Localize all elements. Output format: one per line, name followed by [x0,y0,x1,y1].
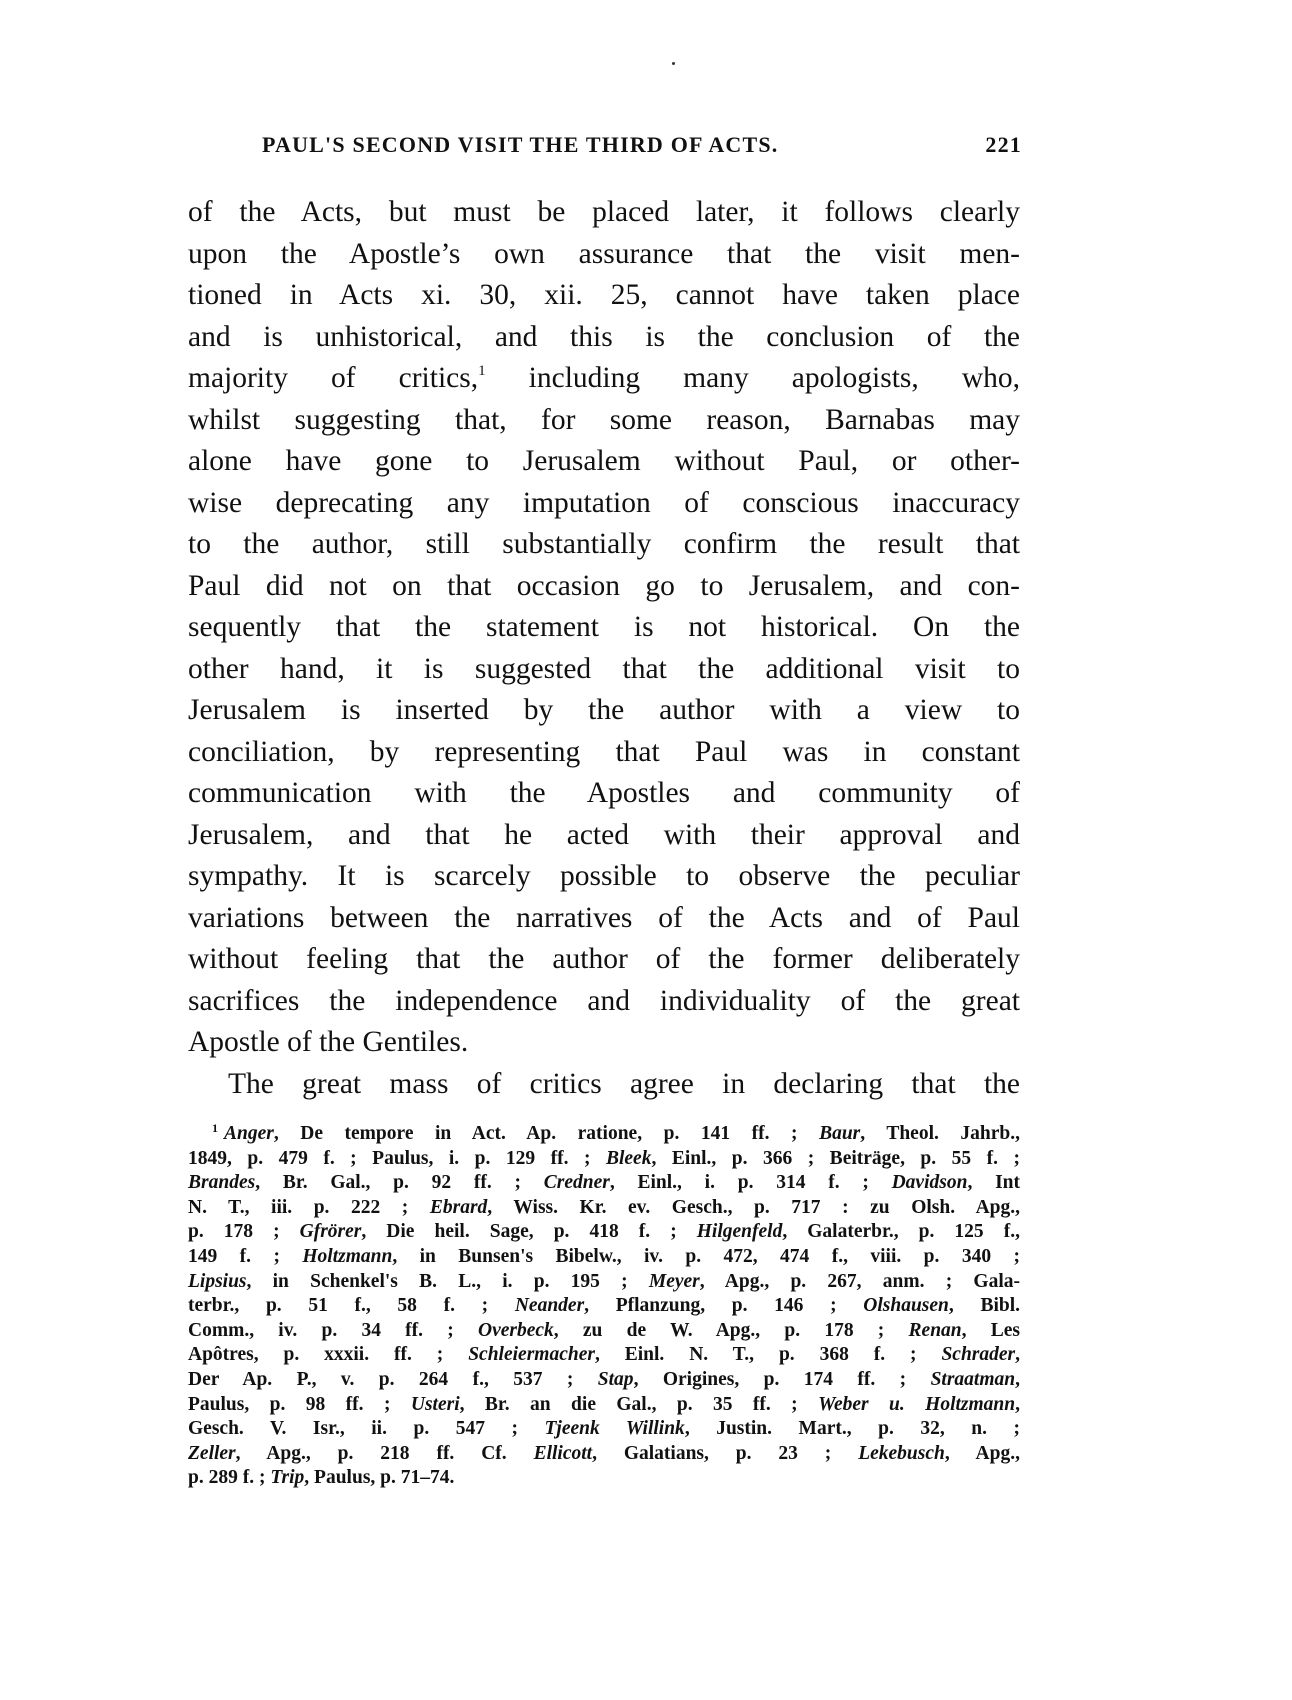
footnote-line: Paulus, p. 98 ff. ; Usteri, Br. an die G… [188,1393,1020,1418]
body-line: upon the Apostle’s own assurance that th… [188,234,1020,276]
body-text: of the Acts, but must be placed later, i… [188,192,1020,1105]
citation-text: , Die heil. Sage, p. 418 f. ; [361,1221,696,1242]
cited-author: Hilgenfeld [697,1221,783,1242]
citation-text: p. 289 f. ; [188,1467,270,1488]
body-line: Paul did not on that occasion go to Jeru… [188,566,1020,608]
cited-author: Anger [224,1123,274,1144]
footnote-line: p. 178 ; Gfrörer, Die heil. Sage, p. 418… [188,1220,1020,1245]
cited-author: Meyer [649,1271,700,1292]
body-line: sacrifices the independence and individu… [188,981,1020,1023]
citation-text: , Einl., i. p. 314 f. ; [610,1172,892,1193]
body-line: variations between the narratives of the… [188,898,1020,940]
body-line: majority of critics,1 including many apo… [188,358,1020,400]
citation-text: , Int [967,1172,1020,1193]
cited-author: Lekebusch [858,1443,945,1464]
citation-text: , Br. Gal., p. 92 ff. ; [255,1172,544,1193]
body-line: whilst suggesting that, for some reason,… [188,400,1020,442]
citation-text: Gesch. V. Isr., ii. p. 547 ; [188,1418,545,1439]
footnote-line: Brandes, Br. Gal., p. 92 ff. ; Credner, … [188,1171,1020,1196]
footnote-line: Der Ap. P., v. p. 264 f., 537 ; Stap, Or… [188,1368,1020,1393]
footnote-line: Lipsius, in Schenkel's B. L., i. p. 195 … [188,1270,1020,1295]
cited-author: Baur [819,1123,860,1144]
citation-text: N. T., iii. p. 222 ; [188,1197,430,1218]
citation-text: , Galatians, p. 23 ; [592,1443,858,1464]
citation-text: , [1015,1394,1020,1415]
footnote-line: p. 289 f. ; Trip, Paulus, p. 71–74. [188,1466,1020,1491]
body-line: alone have gone to Jerusalem without Pau… [188,441,1020,483]
cited-author: Schrader [941,1344,1015,1365]
citation-text: , Einl. N. T., p. 368 f. ; [595,1344,941,1365]
cited-author: Zeller [188,1443,236,1464]
footnote-line: Zeller, Apg., p. 218 ff. Cf. Ellicott, G… [188,1442,1020,1467]
cited-author: Olshausen [863,1295,949,1316]
footnote-reference[interactable]: 1 [478,363,486,379]
footnote-line: Comm., iv. p. 34 ff. ; Overbeck, zu de W… [188,1319,1020,1344]
cited-author: Neander [515,1295,584,1316]
cited-author: Stap [598,1369,634,1390]
book-page: PAUL'S SECOND VISIT THE THIRD OF ACTS. 2… [0,0,1292,1700]
citation-text: Comm., iv. p. 34 ff. ; [188,1320,478,1341]
footnote-line: 1Anger, De tempore in Act. Ap. ratione, … [188,1122,1020,1147]
citation-text: , zu de W. Apg., p. 178 ; [554,1320,909,1341]
running-title: PAUL'S SECOND VISIT THE THIRD OF ACTS. [262,132,779,158]
body-line: Apostle of the Gentiles. [188,1022,1020,1064]
body-line: to the author, still substantially confi… [188,524,1020,566]
footnote-line: 1849, p. 479 f. ; Paulus, i. p. 129 ff. … [188,1147,1020,1172]
body-line: Jerusalem, and that he acted with their … [188,815,1020,857]
cited-author: Trip [270,1467,304,1488]
footnote-marker: 1 [212,1121,218,1135]
citation-text: Apôtres, p. xxxii. ff. ; [188,1344,468,1365]
citation-text: , Justin. Mart., p. 32, n. ; [685,1418,1020,1439]
footnote-line: N. T., iii. p. 222 ; Ebrard, Wiss. Kr. e… [188,1196,1020,1221]
citation-text: , Origines, p. 174 ff. ; [634,1369,931,1390]
body-line: Jerusalem is inserted by the author with… [188,690,1020,732]
cited-author: Lipsius [188,1271,247,1292]
body-line: of the Acts, but must be placed later, i… [188,192,1020,234]
citation-text: 149 f. ; [188,1246,302,1267]
cited-author: Weber u. Holtzmann [818,1394,1015,1415]
cited-author: Credner [544,1172,610,1193]
cited-author: Ellicott [534,1443,593,1464]
body-line: communication with the Apostles and comm… [188,773,1020,815]
cited-author: Davidson [892,1172,968,1193]
citation-text: Der Ap. P., v. p. 264 f., 537 ; [188,1369,598,1390]
citation-text: , Bibl. [949,1295,1020,1316]
cited-author: Renan [909,1320,962,1341]
citation-text: , Apg., p. 218 ff. Cf. [236,1443,534,1464]
citation-text: , Les [962,1320,1020,1341]
body-line-text: including many apologists, who, [486,362,1020,394]
cited-author: Tjeenk Willink [545,1418,685,1439]
citation-text: , Pflanzung, p. 146 ; [584,1295,863,1316]
citation-text: , in Bunsen's Bibelw., iv. p. 472, 474 f… [392,1246,1020,1267]
footnote-line: 149 f. ; Holtzmann, in Bunsen's Bibelw.,… [188,1245,1020,1270]
cited-author: Usteri [411,1394,460,1415]
citation-text: , in Schenkel's B. L., i. p. 195 ; [247,1271,649,1292]
body-line-text: majority of critics, [188,362,478,394]
citation-text: , [1015,1344,1020,1365]
footnote-line: Gesch. V. Isr., ii. p. 547 ; Tjeenk Will… [188,1417,1020,1442]
body-line: without feeling that the author of the f… [188,939,1020,981]
cited-author: Holtzmann [302,1246,392,1267]
body-line: tioned in Acts xi. 30, xii. 25, cannot h… [188,275,1020,317]
citation-text: , Galaterbr., p. 125 f., [782,1221,1020,1242]
citation-text: terbr., p. 51 f., 58 f. ; [188,1295,515,1316]
citation-text: , Wiss. Kr. ev. Gesch., p. 717 : zu Olsh… [487,1197,1020,1218]
footnote-line: terbr., p. 51 f., 58 f. ; Neander, Pflan… [188,1294,1020,1319]
page-number: 221 [985,132,1022,158]
cited-author: Brandes [188,1172,255,1193]
citation-text: , Apg., [945,1443,1020,1464]
body-line: and is unhistorical, and this is the con… [188,317,1020,359]
body-line: sympathy. It is scarcely possible to obs… [188,856,1020,898]
citation-text: p. 178 ; [188,1221,300,1242]
cited-author: Overbeck [478,1320,554,1341]
cited-author: Gfrörer [300,1221,362,1242]
cited-author: Bleek [606,1148,651,1169]
cited-author: Straatman [931,1369,1016,1390]
citation-text: 1849, p. 479 f. ; Paulus, i. p. 129 ff. … [188,1148,606,1169]
citation-text: Paulus, p. 98 ff. ; [188,1394,411,1415]
cited-author: Ebrard [430,1197,487,1218]
scan-speck [672,62,675,65]
body-line-paragraph-start: The great mass of critics agree in decla… [188,1064,1020,1106]
citation-text: , Theol. Jahrb., [860,1123,1020,1144]
citation-text: , Paulus, p. 71–74. [304,1467,454,1488]
citation-text: , Apg., p. 267, anm. ; Gala- [700,1271,1020,1292]
body-line: wise deprecating any imputation of consc… [188,483,1020,525]
body-line: conciliation, by representing that Paul … [188,732,1020,774]
body-line: other hand, it is suggested that the add… [188,649,1020,691]
citation-text: , De tempore in Act. Ap. ratione, p. 141… [274,1123,819,1144]
cited-author: Schleiermacher [468,1344,595,1365]
footnotes: 1Anger, De tempore in Act. Ap. ratione, … [188,1122,1020,1491]
citation-text: , [1015,1369,1020,1390]
citation-text: , Br. an die Gal., p. 35 ff. ; [460,1394,818,1415]
footnote-line: Apôtres, p. xxxii. ff. ; Schleiermacher,… [188,1343,1020,1368]
running-header: PAUL'S SECOND VISIT THE THIRD OF ACTS. 2… [262,132,1022,166]
citation-text: , Einl., p. 366 ; Beiträge, p. 55 f. ; [651,1148,1020,1169]
body-line: sequently that the statement is not hist… [188,607,1020,649]
